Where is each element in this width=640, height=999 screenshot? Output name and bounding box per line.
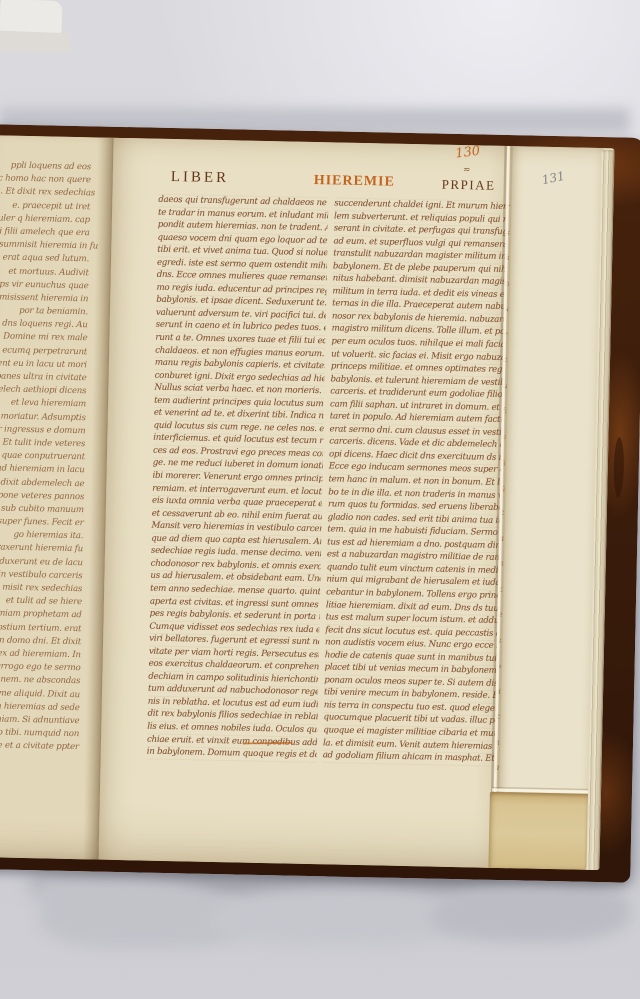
page-edges-above-cover-inner [0,31,70,53]
manuscript-text-line: me et a civitate ppter [0,739,88,754]
parchment-repair-patch [488,792,588,870]
running-header-hieremie: HIEREMIE [314,173,395,191]
leather-wear-spot [278,865,398,879]
open-pages: ppli loquens ad eosdc homo hac non quere… [0,135,615,870]
blank-right-leaf-folio-131 [498,146,604,802]
manuscript-book: ppli loquens ad eosdc homo hac non quere… [0,124,640,882]
cast-shadow-scallop [430,880,630,942]
page-edges-above-cover [0,0,63,33]
leather-wear-spot [613,437,624,497]
manuscript-text-line: in babylonem. Domum quoque regis et domu… [147,746,317,762]
ink-scribble-mark: ≈ [463,165,471,176]
text-column-2: succenderunt chaldei igni. Et murum hier… [323,197,507,766]
running-header-liber: LIBER [171,169,230,187]
cast-shadow-scallop [210,888,470,946]
cast-shadow-scallop [40,878,250,948]
manuscript-text-line: ad godoliam filium ahicam in masphat. Et… [323,749,495,765]
running-header-prpiae: PRPIAE [442,177,496,194]
previous-page-text: ppli loquens ad eosdc homo hac non quere… [0,159,100,761]
text-column-1: daeos qui transfugerunt ad chaldaeos ne … [147,194,329,763]
folio-number-130: 130 [455,144,481,162]
rubric-strike-mark [243,742,293,749]
photo-background: ppli loquens ad eosdc homo hac non quere… [0,0,640,999]
